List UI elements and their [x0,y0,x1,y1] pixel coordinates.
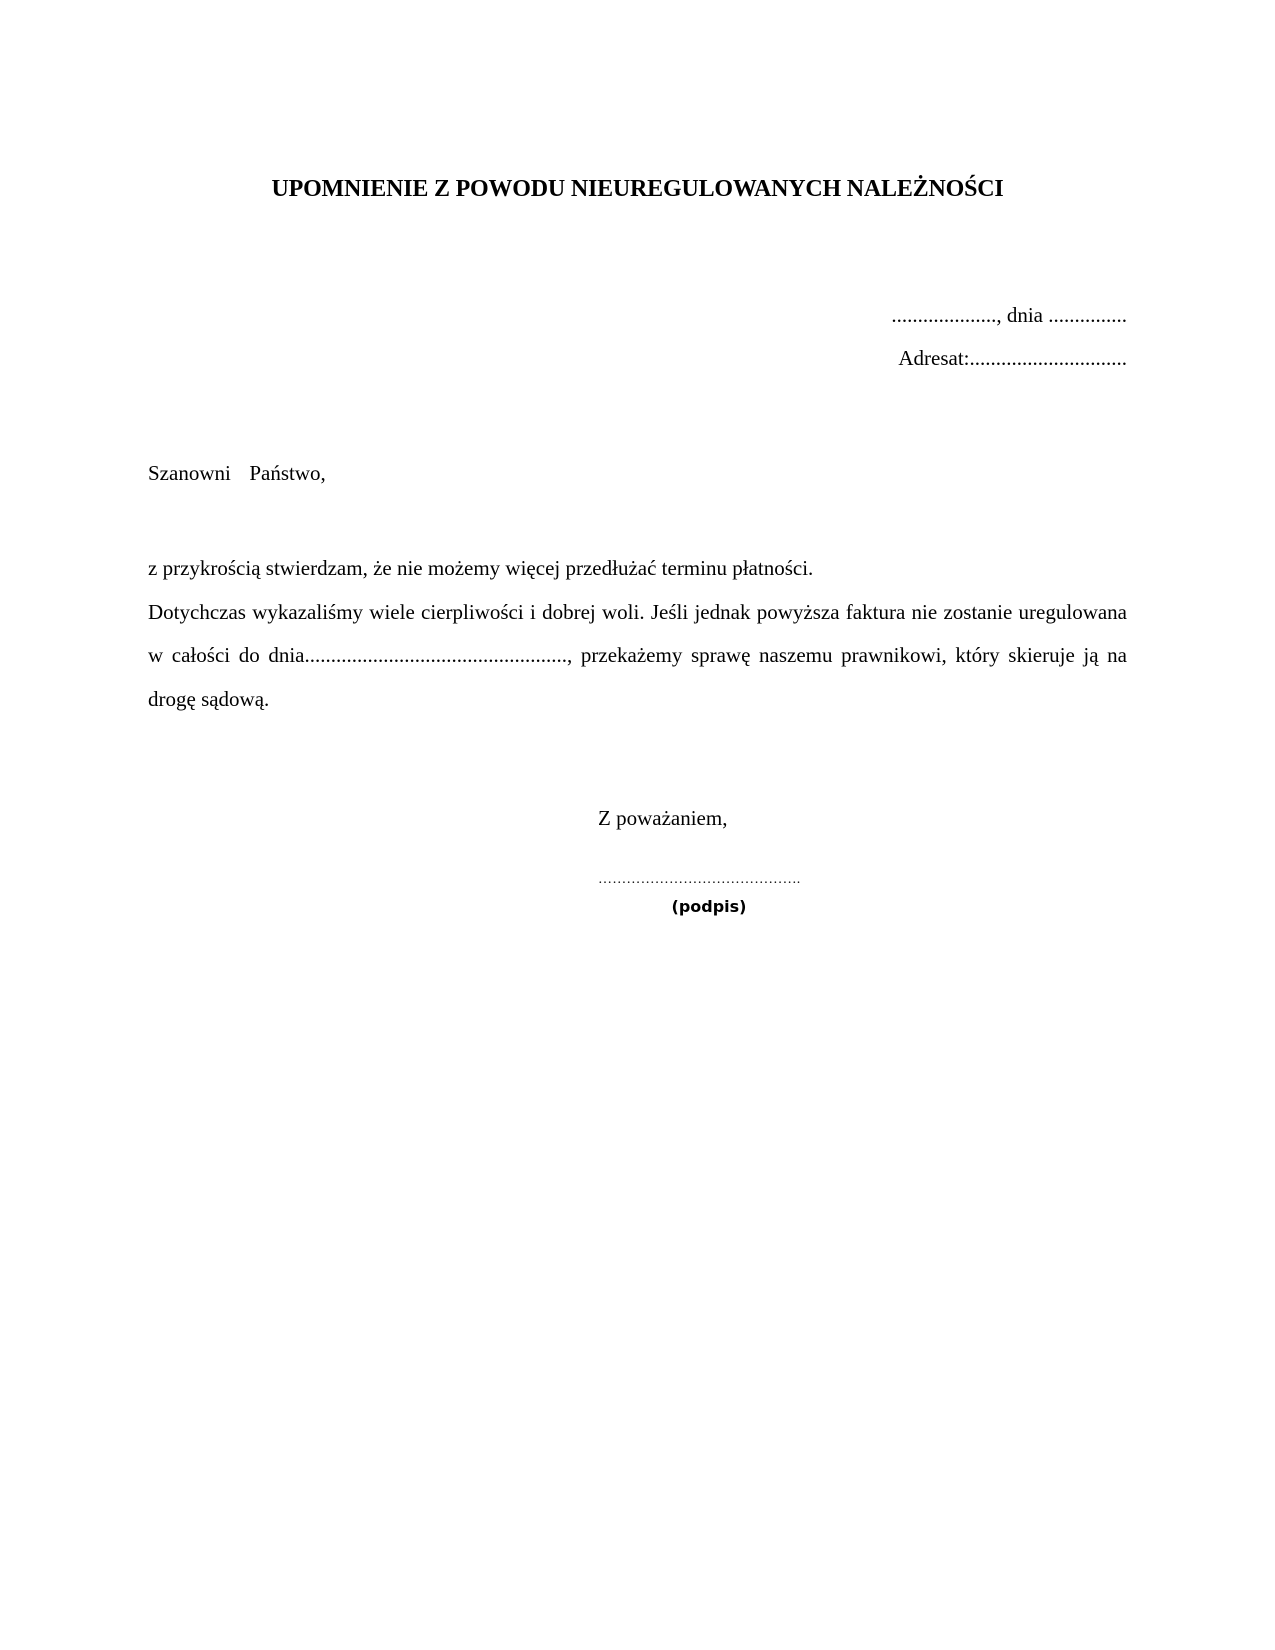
body-paragraph: z przykrością stwierdzam, że nie możemy … [148,547,1127,591]
place-date-line: ...................., dnia .............… [891,303,1127,328]
salutation: Szanowni Państwo, [148,461,326,486]
signature-line: ……………………………………. [598,872,801,888]
closing: Z poważaniem, [598,806,727,831]
document-title: UPOMNIENIE Z POWODU NIEUREGULOWANYCH NAL… [0,176,1275,203]
signature-label: (podpis) [598,897,820,916]
letter-body: z przykrością stwierdzam, że nie możemy … [148,547,1127,721]
body-paragraph: Dotychczas wykazaliśmy wiele cierpliwośc… [148,591,1127,722]
addressee-line: Adresat:.............................. [898,346,1127,371]
